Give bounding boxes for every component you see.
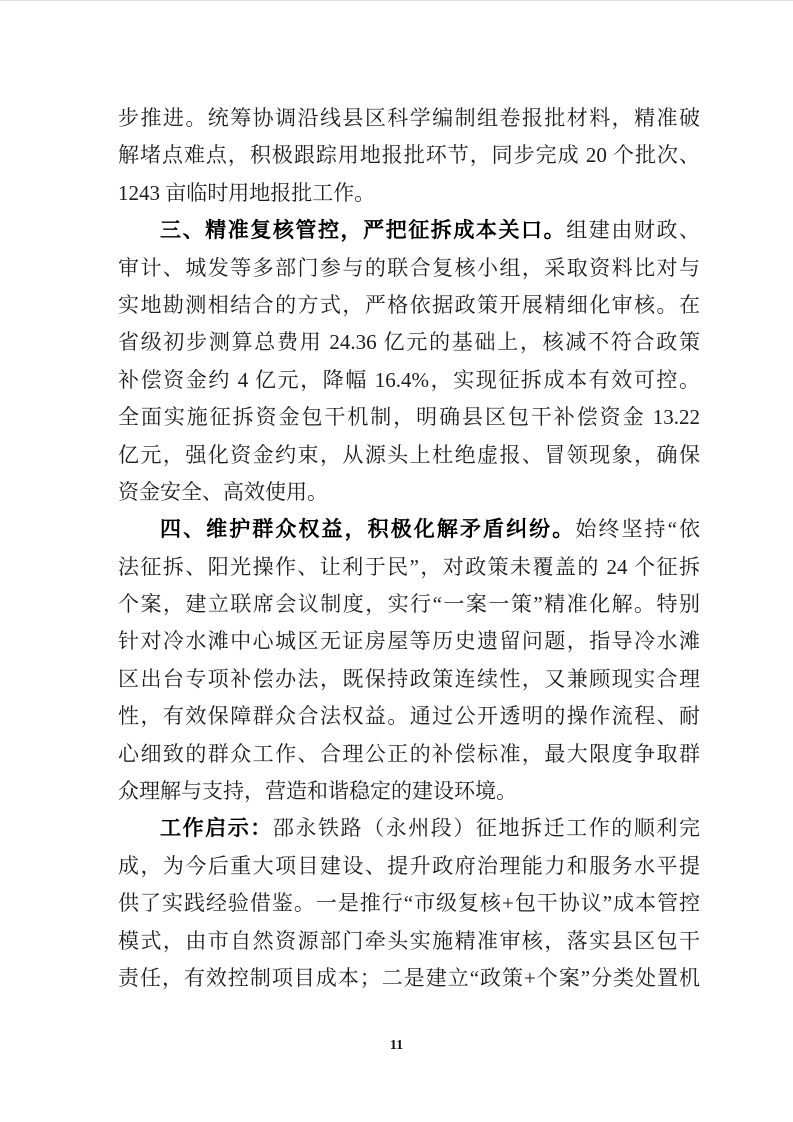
text-line: 模式，由市自然资源部门牵头实施精准审核，落实县区包干 <box>118 923 700 960</box>
text-line: 责任，有效控制项目成本；二是建立“政策+个案”分类处置机 <box>118 960 700 997</box>
body-text: 补偿资金约 4 亿元，降幅 16.4%，实现征拆成本有效可控。 <box>118 368 700 392</box>
body-text: 亿元，强化资金约束，从源头上杜绝虚报、冒领现象，确保 <box>118 443 700 467</box>
body-text: 性，有效保障群众合法权益。通过公开透明的操作流程、耐 <box>118 704 700 728</box>
text-line: 资金安全、高效使用。 <box>118 474 700 511</box>
text-line: 个案，建立联席会议制度，实行“一案一策”精准化解。特别 <box>118 586 700 623</box>
text-line: 性，有效保障群众合法权益。通过公开透明的操作流程、耐 <box>118 698 700 735</box>
text-line: 四、维护群众权益，积极化解矛盾纠纷。始终坚持“依 <box>118 511 700 548</box>
text-line: 审计、城发等多部门参与的联合复核小组，采取资料比对与 <box>118 250 700 287</box>
emphasis-text: 工作启示： <box>160 816 273 840</box>
text-line: 亿元，强化资金约束，从源头上杜绝虚报、冒领现象，确保 <box>118 437 700 474</box>
text-line: 众理解与支持，营造和谐稳定的建设环境。 <box>118 773 700 810</box>
emphasis-text: 三、精准复核管控，严把征拆成本关口。 <box>160 218 566 242</box>
body-text: 始终坚持“依 <box>575 517 700 541</box>
body-text: 邵永铁路（永州段）征地拆迁工作的顺利完 <box>273 816 700 840</box>
scan-edge-line <box>0 0 793 1</box>
body-text: 全面实施征拆资金包干机制，明确县区包干补偿资金 13.22 <box>118 405 700 429</box>
text-line: 供了实践经验借鉴。一是推行“市级复核+包干协议”成本管控 <box>118 885 700 922</box>
body-text: 个案，建立联席会议制度，实行“一案一策”精准化解。特别 <box>118 592 700 616</box>
text-line: 针对冷水滩中心城区无证房屋等历史遗留问题，指导冷水滩 <box>118 623 700 660</box>
body-text: 审计、城发等多部门参与的联合复核小组，采取资料比对与 <box>118 256 700 280</box>
body-text: 供了实践经验借鉴。一是推行“市级复核+包干协议”成本管控 <box>118 891 700 915</box>
text-line: 心细致的群众工作、合理公正的补偿标准，最大限度争取群 <box>118 736 700 773</box>
body-text: 责任，有效控制项目成本；二是建立“政策+个案”分类处置机 <box>118 966 700 990</box>
body-text: 法征拆、阳光操作、让利于民”，对政策未覆盖的 24 个征拆 <box>118 555 700 579</box>
text-line: 三、精准复核管控，严把征拆成本关口。组建由财政、 <box>118 212 700 249</box>
body-text: 步推进。统筹协调沿线县区科学编制组卷报批材料，精准破 <box>118 106 700 130</box>
text-line: 省级初步测算总费用 24.36 亿元的基础上，核减不符合政策 <box>118 324 700 361</box>
text-line: 全面实施征拆资金包干机制，明确县区包干补偿资金 13.22 <box>118 399 700 436</box>
body-text: 区出台专项补偿办法，既保持政策连续性，又兼顾现实合理 <box>118 667 700 691</box>
text-line: 解堵点难点，积极跟踪用地报批环节，同步完成 20 个批次、 <box>118 137 700 174</box>
text-line: 区出台专项补偿办法，既保持政策连续性，又兼顾现实合理 <box>118 661 700 698</box>
body-text: 省级初步测算总费用 24.36 亿元的基础上，核减不符合政策 <box>118 330 700 354</box>
body-text: 心细致的群众工作、合理公正的补偿标准，最大限度争取群 <box>118 742 700 766</box>
body-text: 众理解与支持，营造和谐稳定的建设环境。 <box>118 779 517 803</box>
document-body: 步推进。统筹协调沿线县区科学编制组卷报批材料，精准破解堵点难点，积极跟踪用地报批… <box>118 100 700 997</box>
text-line: 1243 亩临时用地报批工作。 <box>118 175 700 212</box>
text-line: 工作启示：邵永铁路（永州段）征地拆迁工作的顺利完 <box>118 810 700 847</box>
body-text: 模式，由市自然资源部门牵头实施精准审核，落实县区包干 <box>118 929 700 953</box>
body-text: 实地勘测相结合的方式，严格依据政策开展精细化审核。在 <box>118 293 700 317</box>
body-text: 针对冷水滩中心城区无证房屋等历史遗留问题，指导冷水滩 <box>118 629 700 653</box>
text-line: 步推进。统筹协调沿线县区科学编制组卷报批材料，精准破 <box>118 100 700 137</box>
text-line: 成，为今后重大项目建设、提升政府治理能力和服务水平提 <box>118 848 700 885</box>
body-text: 组建由财政、 <box>566 218 700 242</box>
page-number: 11 <box>0 1038 793 1054</box>
text-line: 补偿资金约 4 亿元，降幅 16.4%，实现征拆成本有效可控。 <box>118 362 700 399</box>
text-line: 法征拆、阳光操作、让利于民”，对政策未覆盖的 24 个征拆 <box>118 549 700 586</box>
emphasis-text: 四、维护群众权益，积极化解矛盾纠纷。 <box>160 517 575 541</box>
body-text: 1243 亩临时用地报批工作。 <box>118 181 375 205</box>
body-text: 解堵点难点，积极跟踪用地报批环节，同步完成 20 个批次、 <box>118 143 700 167</box>
text-line: 实地勘测相结合的方式，严格依据政策开展精细化审核。在 <box>118 287 700 324</box>
body-text: 资金安全、高效使用。 <box>118 480 328 504</box>
body-text: 成，为今后重大项目建设、提升政府治理能力和服务水平提 <box>118 854 700 878</box>
document-page: 步推进。统筹协调沿线县区科学编制组卷报批材料，精准破解堵点难点，积极跟踪用地报批… <box>0 0 793 1122</box>
